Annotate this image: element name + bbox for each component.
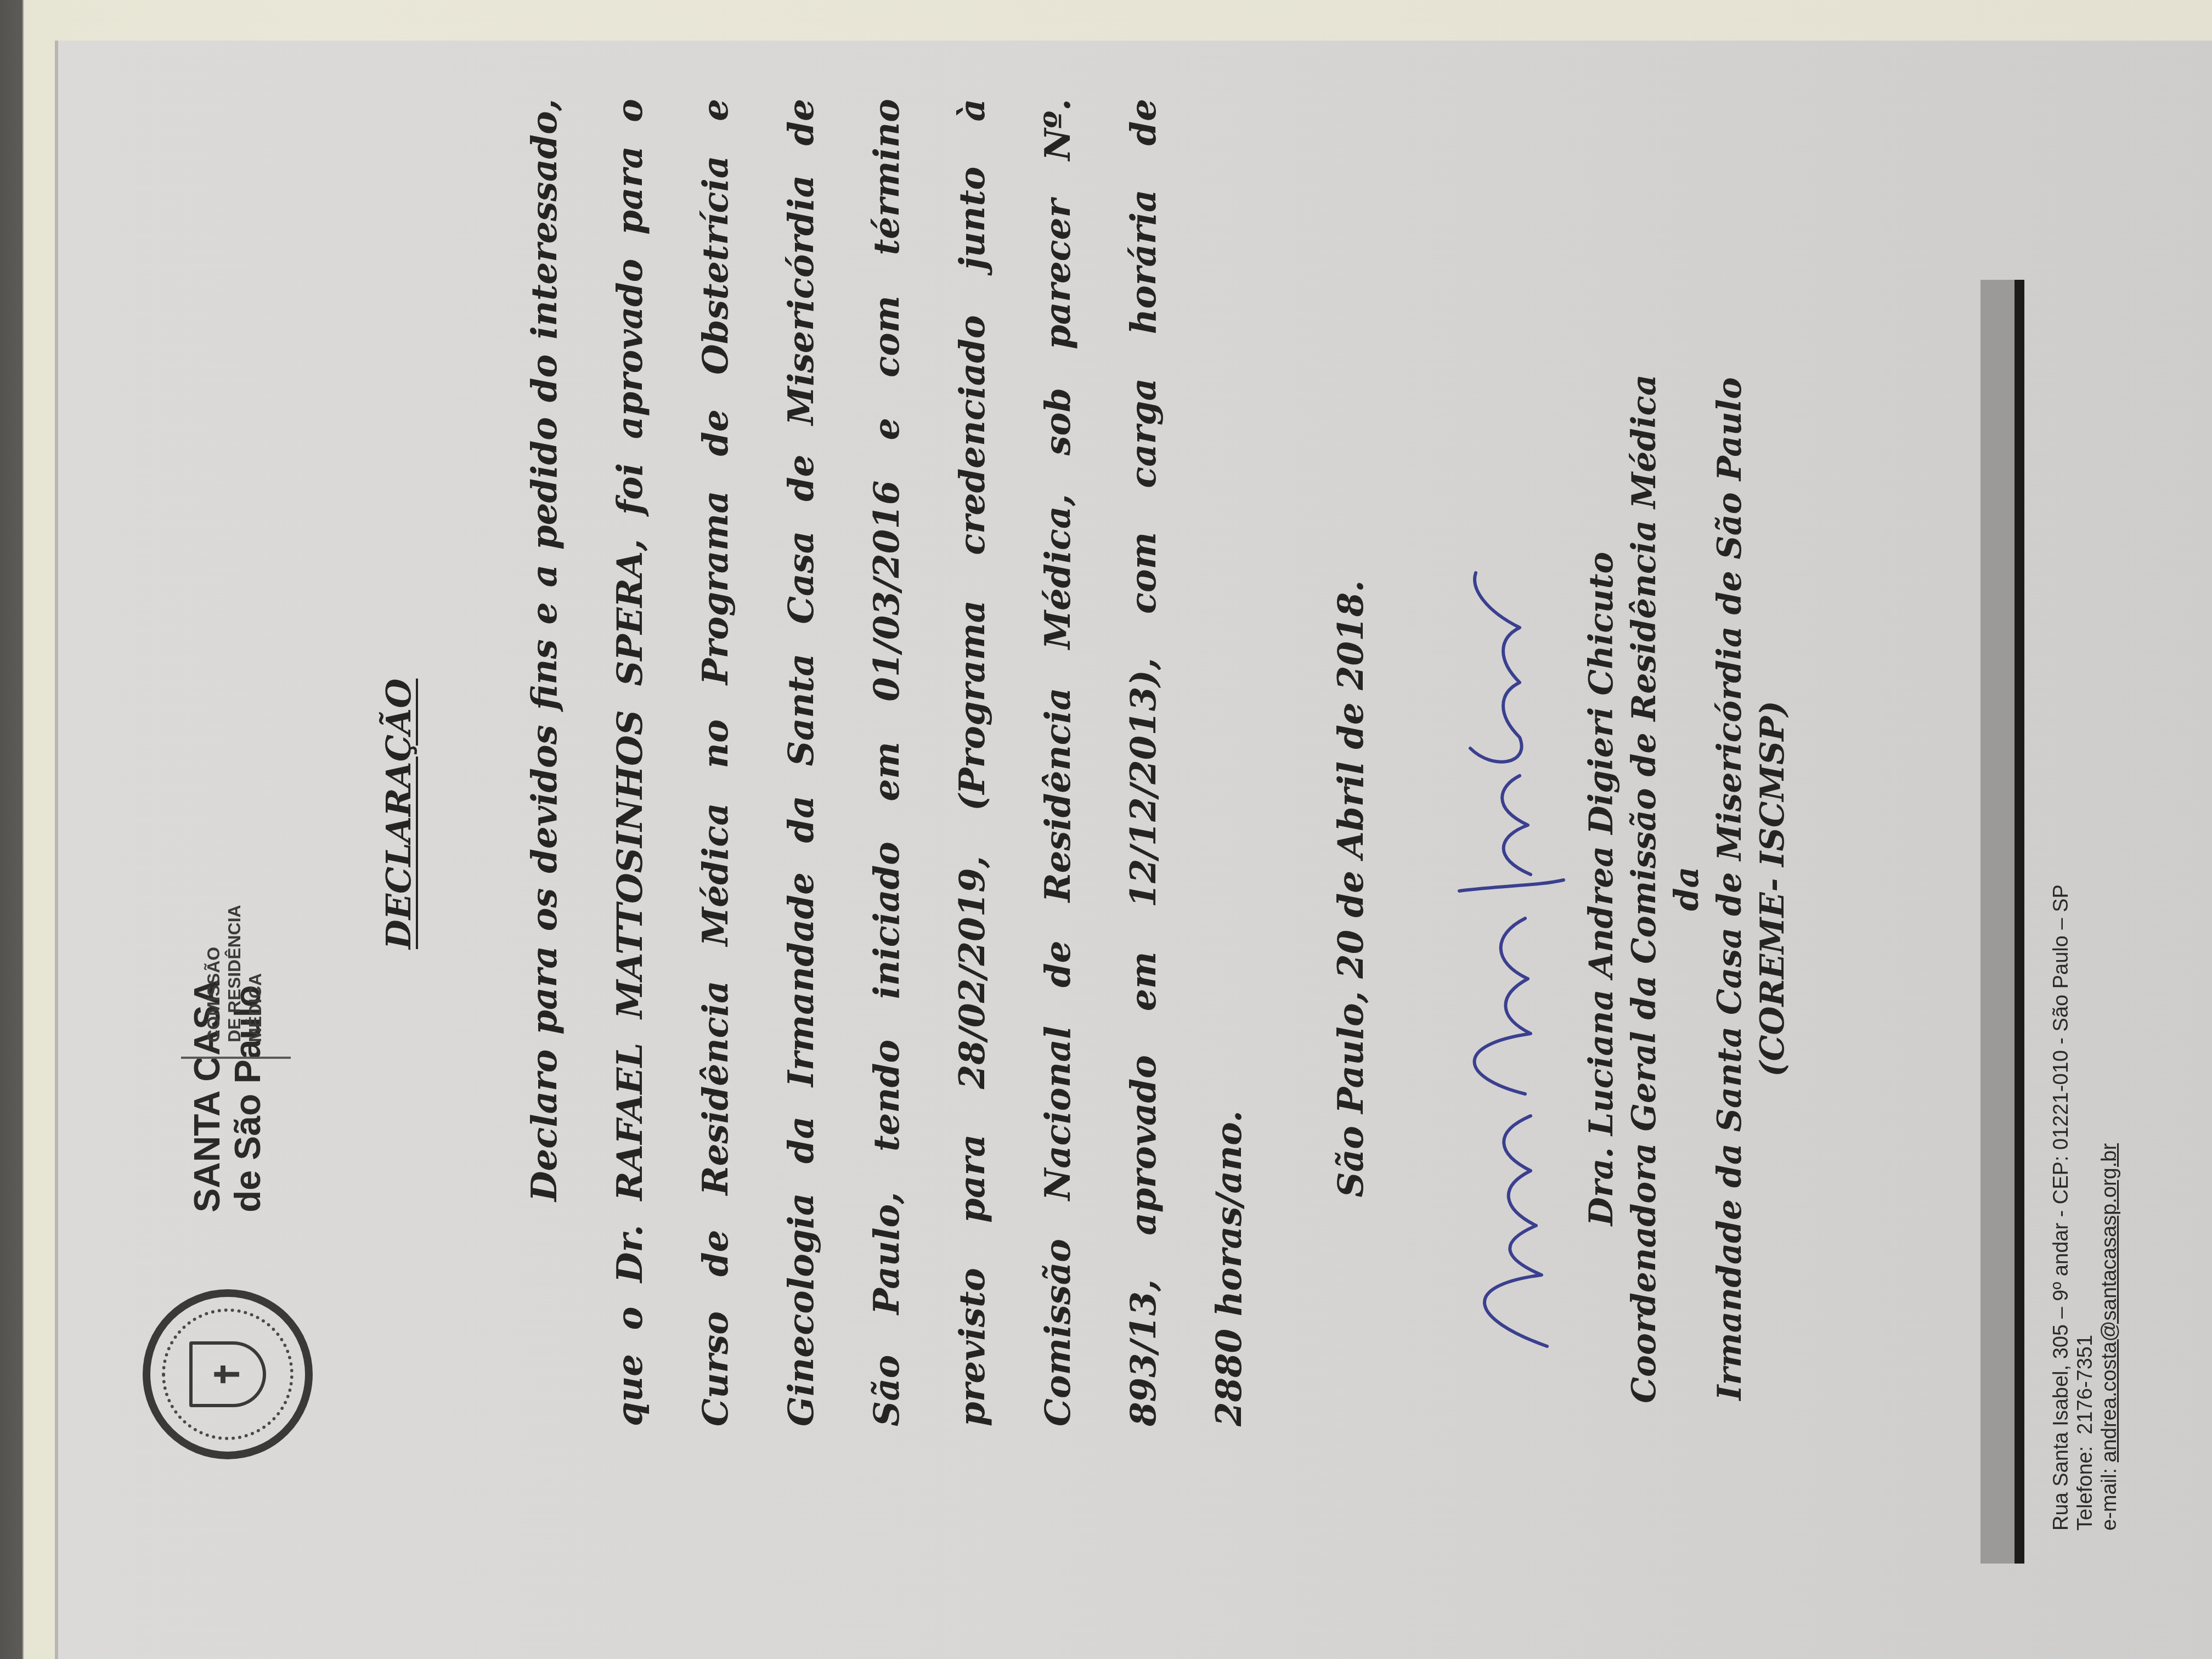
body-line: que o Dr. RAFAEL MATTOSINHOS SPERA, foi … (588, 99, 673, 1426)
signatory-title-1: Coordenadora Geral da Comissão de Residê… (1623, 351, 1708, 1426)
department-name: COMISSÃO DE RESIDÊNCIA MÉDICA (203, 905, 266, 1042)
body-line: Comissão Nacional de Residência Médica, … (1015, 99, 1101, 1426)
body-line: 2880 horas/ano. (1187, 99, 1272, 1426)
shield-cross-icon: ✝ (189, 1341, 266, 1407)
dept-line-1: COMISSÃO (203, 905, 224, 1042)
signatory-title-3: (COREME- ISCMSP) (1751, 351, 1794, 1426)
dept-line-3: MÉDICA (245, 905, 266, 1042)
footer-rule (2015, 280, 2024, 1564)
dept-line-2: DE RESIDÊNCIA (224, 905, 245, 1042)
footer-phone: Telefone: 2176-7351 (2073, 884, 2097, 1531)
phone-number: 2176-7351 (2074, 1335, 2097, 1435)
letterhead-divider (181, 1057, 291, 1059)
email-link[interactable]: andrea.costa@santacasasp.org.br (2098, 1143, 2121, 1462)
email-label: e-mail: (2098, 1468, 2121, 1531)
footer-contact: Rua Santa Isabel, 305 – 9º andar - CEP: … (2049, 884, 2121, 1531)
body-line: Ginecologia da Irmandade da Santa Casa d… (759, 99, 844, 1426)
document-title: DECLARAÇÃO (379, 774, 419, 949)
body-line: 893/13, aprovado em 12/12/2013), com car… (1101, 99, 1187, 1426)
body-line: Declaro para os devidos fins e a pedido … (502, 99, 588, 1426)
santa-casa-seal-icon: ✝ (143, 1289, 313, 1459)
footer-email: e-mail: andrea.costa@santacasasp.org.br (2097, 884, 2121, 1531)
signatory-name: Dra. Luciana Andrea Digieri Chicuto (1580, 351, 1623, 1426)
seal-ring: ✝ (162, 1308, 294, 1440)
document-page: ✝ SANTA CASA de São Paulo COMISSÃO DE RE… (0, 0, 2212, 1659)
handwritten-signature (1437, 562, 1569, 1352)
body-line: Curso de Residência Médica no Programa d… (673, 99, 759, 1426)
body-line: São Paulo, tendo iniciado em 01/03/2016 … (844, 99, 930, 1426)
footer-address: Rua Santa Isabel, 305 – 9º andar - CEP: … (2049, 884, 2073, 1531)
signature-block: Dra. Luciana Andrea Digieri Chicuto Coor… (1580, 351, 1794, 1426)
phone-label: Telefone: (2074, 1446, 2097, 1531)
signatory-title-2: Irmandade da Santa Casa de Misericórdia … (1708, 351, 1751, 1426)
place-date: São Paulo, 20 de Abril de 2018. (1330, 351, 1372, 1426)
declaration-body: Declaro para os devidos fins e a pedido … (502, 99, 1272, 1426)
body-line: previsto para 28/02/2019, (Programa cred… (930, 99, 1015, 1426)
